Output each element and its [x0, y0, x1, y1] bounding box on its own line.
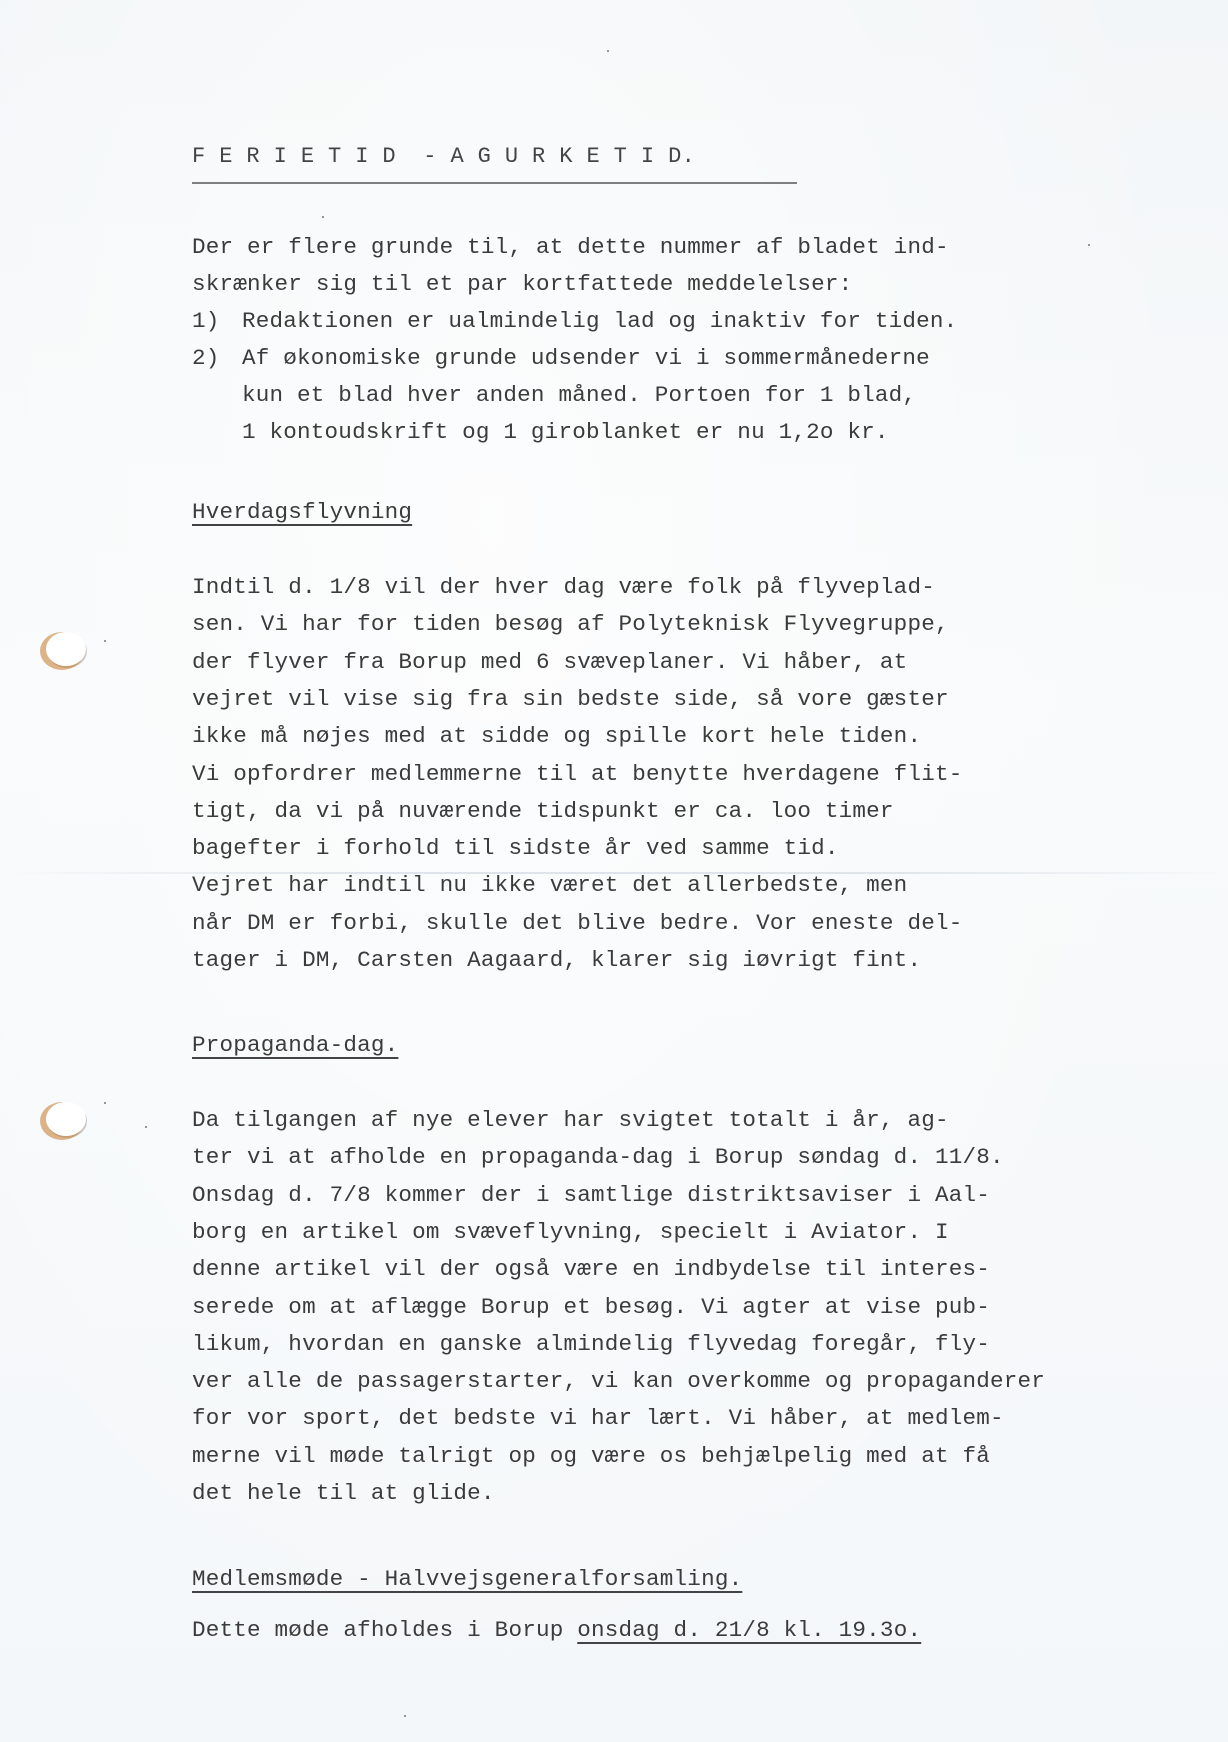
ink-speck	[145, 1126, 147, 1128]
title-underline	[192, 182, 797, 184]
section-heading-propaganda-dag: Propaganda-dag.	[192, 1030, 398, 1060]
body-line: sen. Vi har for tiden besøg af Polytekni…	[192, 609, 949, 639]
punch-hole-icon	[46, 632, 86, 666]
section-heading-medlemsmoede: Medlemsmøde - Halvvejsgeneralforsamling.	[192, 1564, 742, 1594]
ink-speck	[104, 1102, 106, 1104]
body-line: for vor sport, det bedste vi har lært. V…	[192, 1403, 1004, 1433]
intro-line: Der er flere grunde til, at dette nummer…	[192, 232, 949, 262]
body-line: vejret vil vise sig fra sin bedste side,…	[192, 684, 949, 714]
meeting-date-time: onsdag d. 21/8 kl. 19.3o.	[577, 1617, 921, 1643]
punch-hole-icon	[46, 1102, 86, 1136]
document-title: F E R I E T I D - A G U R K E T I D.	[192, 144, 695, 169]
body-line: der flyver fra Borup med 6 svæveplaner. …	[192, 647, 907, 677]
meeting-text: Dette møde afholdes i Borup	[192, 1617, 577, 1643]
ink-speck	[104, 640, 106, 642]
list-item-number: 2)	[192, 343, 220, 373]
list-item-number: 1)	[192, 306, 220, 336]
list-item-text: Redaktionen er ualmindelig lad og inakti…	[242, 306, 957, 336]
ink-speck	[322, 216, 324, 218]
body-line: Onsdag d. 7/8 kommer der i samtlige dist…	[192, 1180, 990, 1210]
body-line: Da tilgangen af nye elever har svigtet t…	[192, 1105, 949, 1135]
body-line: ver alle de passagerstarter, vi kan over…	[192, 1366, 1045, 1396]
list-item-text: 1 kontoudskrift og 1 giroblanket er nu 1…	[242, 417, 889, 447]
body-line: ter vi at afholde en propaganda-dag i Bo…	[192, 1142, 1004, 1172]
body-line: denne artikel vil der også være en indby…	[192, 1254, 990, 1284]
list-item-text: Af økonomiske grunde udsender vi i somme…	[242, 343, 930, 373]
ink-speck	[1088, 244, 1090, 246]
body-line: merne vil møde talrigt op og være os beh…	[192, 1441, 990, 1471]
meeting-announcement: Dette møde afholdes i Borup onsdag d. 21…	[192, 1615, 921, 1645]
body-line: det hele til at glide.	[192, 1478, 495, 1508]
body-line: bagefter i forhold til sidste år ved sam…	[192, 833, 839, 863]
body-line: tigt, da vi på nuværende tidspunkt er ca…	[192, 796, 894, 826]
body-line: tager i DM, Carsten Aagaard, klarer sig …	[192, 945, 921, 975]
ink-speck	[404, 1715, 406, 1717]
body-line: ikke må nøjes med at sidde og spille kor…	[192, 721, 921, 751]
list-item-text: kun et blad hver anden måned. Portoen fo…	[242, 380, 916, 410]
body-line: når DM er forbi, skulle det blive bedre.…	[192, 908, 962, 938]
ink-speck	[607, 50, 609, 52]
body-line: Vejret har indtil nu ikke været det alle…	[192, 870, 907, 900]
intro-line: skrænker sig til et par kortfattede medd…	[192, 269, 852, 299]
section-heading-hverdagsflyvning: Hverdagsflyvning	[192, 497, 412, 527]
body-line: borg en artikel om svæveflyvning, specie…	[192, 1217, 949, 1247]
body-line: likum, hvordan en ganske almindelig flyv…	[192, 1329, 990, 1359]
body-line: serede om at aflægge Borup et besøg. Vi …	[192, 1292, 990, 1322]
body-line: Vi opfordrer medlemmerne til at benytte …	[192, 759, 962, 789]
body-line: Indtil d. 1/8 vil der hver dag være folk…	[192, 572, 935, 602]
